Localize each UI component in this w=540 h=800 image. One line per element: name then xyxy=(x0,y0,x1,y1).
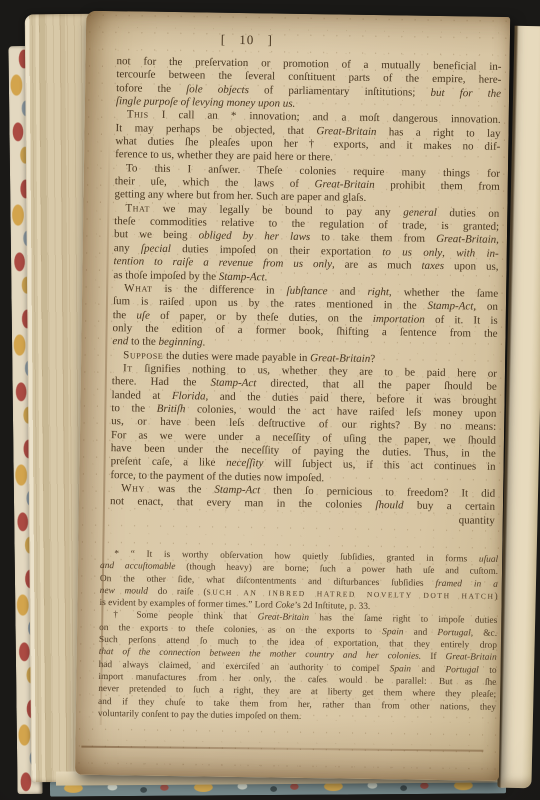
body-text: not for the preſervation or promotion of… xyxy=(110,55,502,528)
page-number-folio: [ 10 ] xyxy=(206,31,288,48)
footnote-text: * “ It is worthy obſervation how quietly… xyxy=(98,548,499,726)
main-page: [ 10 ] not for the preſervation or promo… xyxy=(75,11,510,781)
book-photo: [ 10 ] not for the preſervation or promo… xyxy=(0,0,540,800)
